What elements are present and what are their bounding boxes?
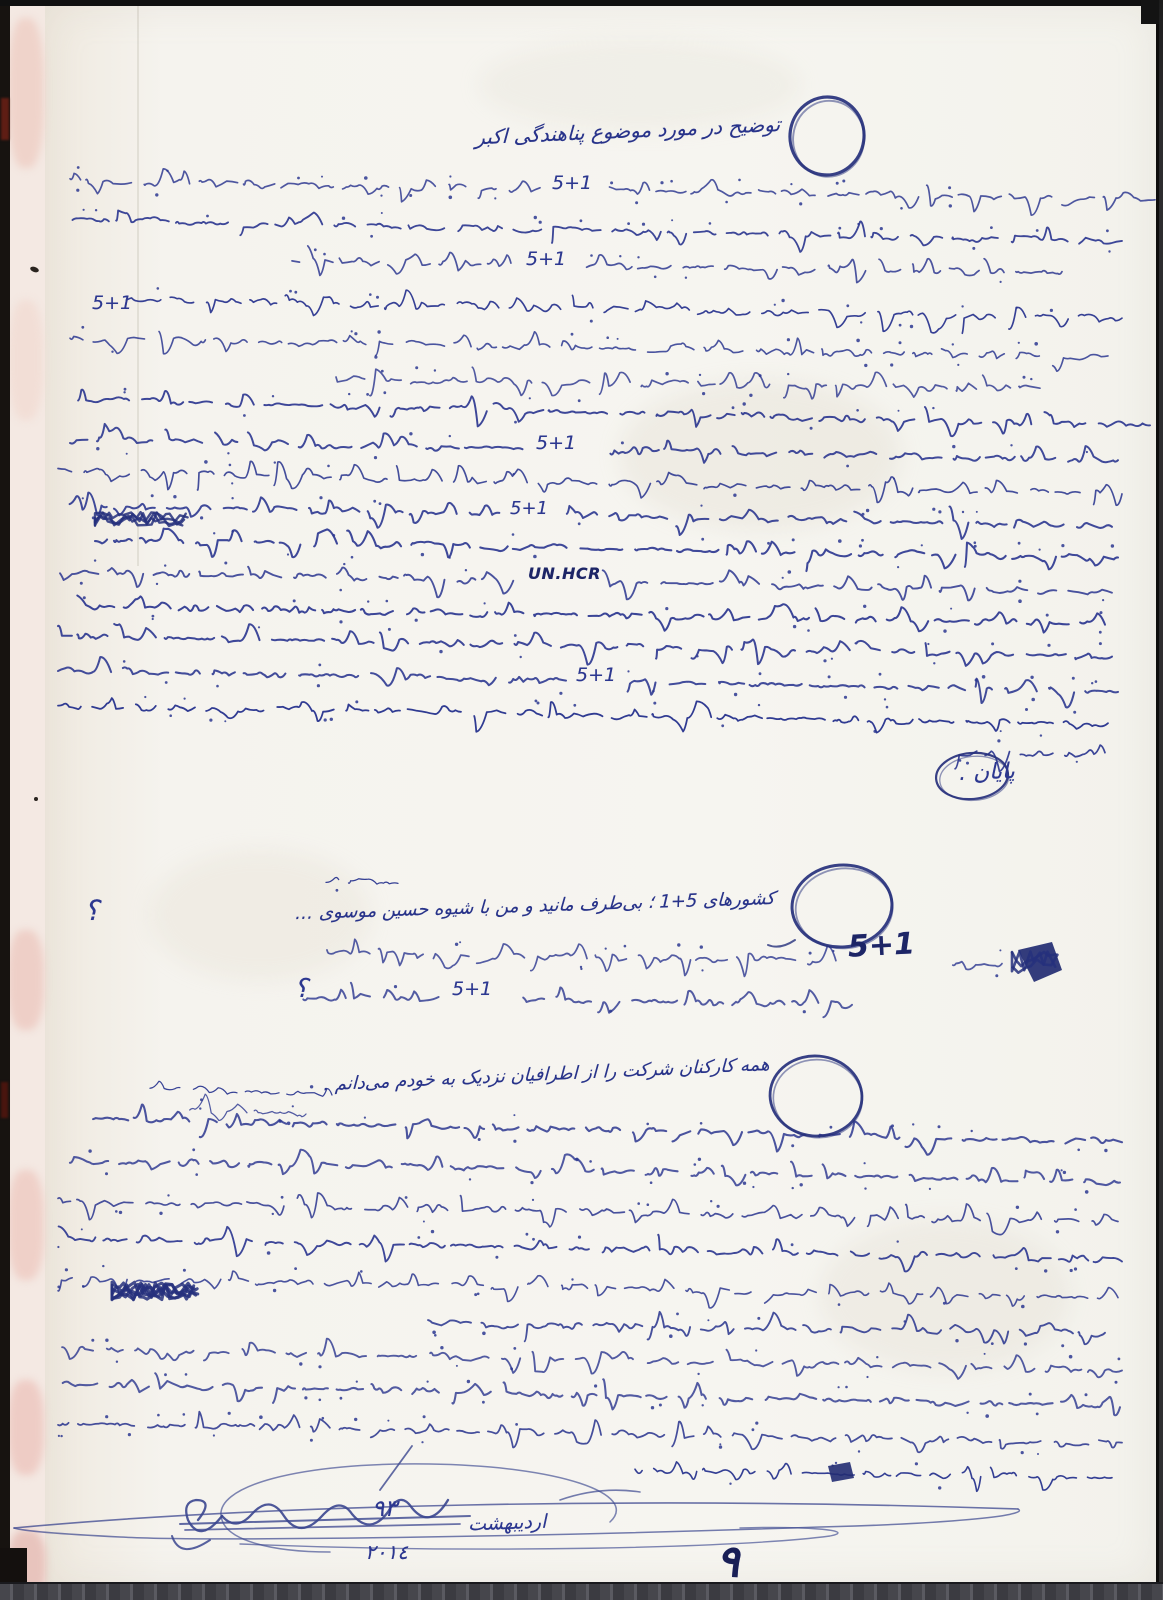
- token-5plus1: 5+1: [526, 248, 566, 270]
- token-5plus1: 5+1: [452, 978, 492, 1000]
- token-question-mark: ؟: [84, 894, 99, 927]
- token-5plus1: 5+1: [92, 292, 132, 314]
- token-un-hcr: UN.HCR: [528, 564, 601, 583]
- token-5plus1: 5+1: [552, 172, 592, 194]
- handwriting-ink-layer: [0, 0, 1163, 1600]
- token-month-ordibehesht: اردیبهشت: [468, 1511, 547, 1536]
- token-bold-nine: ۹: [715, 1535, 741, 1587]
- token-5plus1: 5+1: [576, 664, 616, 686]
- scanned-letter-page: توضیح در مورد موضوع پناهندگی اکبر کشورها…: [0, 0, 1163, 1600]
- token-payan-end: پایان .: [959, 759, 1016, 786]
- token-year-gregorian: ٢٠١٤: [365, 1540, 408, 1564]
- token-question-mark: ؟: [294, 974, 308, 1004]
- token-5plus1: 5+1: [510, 498, 548, 519]
- token-year-shamsi: ۹۳: [372, 1496, 397, 1522]
- token-5plus1-bold: 5+1: [847, 926, 916, 964]
- token-5plus1: 5+1: [536, 432, 576, 454]
